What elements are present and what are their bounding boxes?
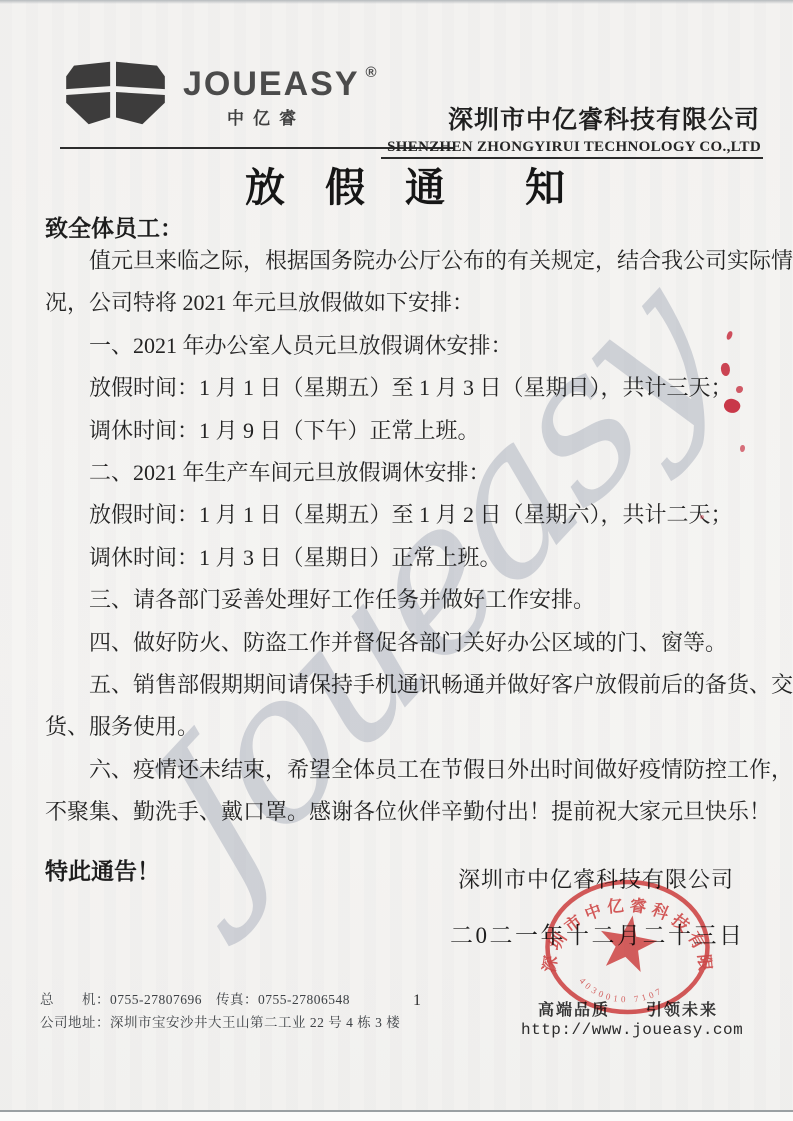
closing-statement: 特此通告！ bbox=[45, 853, 160, 886]
document-title: 放 假 通 知 bbox=[0, 156, 793, 213]
body-line: 二、2021 年生产车间元旦放假调休安排： bbox=[45, 452, 761, 494]
body-line: 放假时间：1 月 1 日（星期五）至 1 月 3 日（星期日），共计三天； bbox=[45, 367, 761, 409]
footer-address-line: 公司地址：深圳市宝安沙井大王山第二工业 22 号 4 栋 3 楼 bbox=[40, 1011, 400, 1034]
company-seal-stamp: 深圳市中亿睿科技有限公司 4030010 7107 bbox=[540, 876, 715, 1021]
footer-contact: 总 机：0755-27807696 传真：0755-27806548 公司地址：… bbox=[40, 988, 400, 1034]
registered-mark-icon: ® bbox=[366, 64, 377, 81]
scan-edge-bottom bbox=[0, 1110, 793, 1121]
body-line: 六、疫情还未结束，希望全体员工在节假日外出时间做好疫情防控工作， bbox=[45, 749, 761, 791]
joueasy-logo-icon bbox=[60, 52, 172, 136]
body-line: 值元旦来临之际，根据国务院办公厅公布的有关规定，结合我公司实际情 bbox=[45, 240, 761, 282]
footer-website-url: http://www.joueasy.com bbox=[521, 1021, 743, 1039]
body-line: 况，公司特将 2021 年元旦放假做如下安排： bbox=[45, 282, 761, 324]
footer-phone-line: 总 机：0755-27807696 传真：0755-27806548 bbox=[40, 988, 400, 1011]
logo-brand-text: JOUEASY® bbox=[183, 64, 377, 104]
scanned-document-page: Joueasy JOUEASY® 中亿睿 深圳市中亿睿科技有限公司 SHENZH… bbox=[0, 0, 793, 1121]
ink-smudge bbox=[700, 515, 704, 519]
svg-text:4030010 7107: 4030010 7107 bbox=[577, 976, 665, 1005]
logo-brand-label: JOUEASY bbox=[183, 65, 360, 103]
letterhead-company-name-cn: 深圳市中亿睿科技有限公司 bbox=[448, 100, 760, 136]
page-number: 1 bbox=[413, 992, 421, 1010]
body-line: 五、销售部假期期间请保持手机通讯畅通并做好客户放假前后的备货、交 bbox=[45, 664, 761, 706]
body-line: 放假时间：1 月 1 日（星期五）至 1 月 2 日（星期六），共计二天； bbox=[45, 494, 761, 536]
body-line: 四、做好防火、防盗工作并督促各部门关好办公区域的门、窗等。 bbox=[45, 622, 761, 664]
body-line: 不聚集、勤洗手、戴口罩。感谢各位伙伴辛勤付出！提前祝大家元旦快乐！ bbox=[45, 791, 761, 833]
body-line: 调休时间：1 月 9 日（下午）正常上班。 bbox=[45, 410, 761, 452]
scan-edge-top bbox=[0, 0, 793, 4]
body-line: 三、请各部门妥善处理好工作任务并做好工作安排。 bbox=[45, 579, 761, 621]
body-line: 调休时间：1 月 3 日（星期日）正常上班。 bbox=[45, 537, 761, 579]
salutation: 致全体员工： bbox=[45, 210, 183, 243]
seal-number: 4030010 7107 bbox=[577, 976, 665, 1005]
logo-brand-cn: 中亿睿 bbox=[227, 104, 305, 129]
seal-star-icon bbox=[595, 911, 661, 974]
document-body: 值元旦来临之际，根据国务院办公厅公布的有关规定，结合我公司实际情况，公司特将 2… bbox=[45, 240, 761, 834]
body-line: 货、服务使用。 bbox=[45, 706, 761, 748]
body-line: 一、2021 年办公室人员元旦放假调休安排： bbox=[45, 325, 761, 367]
